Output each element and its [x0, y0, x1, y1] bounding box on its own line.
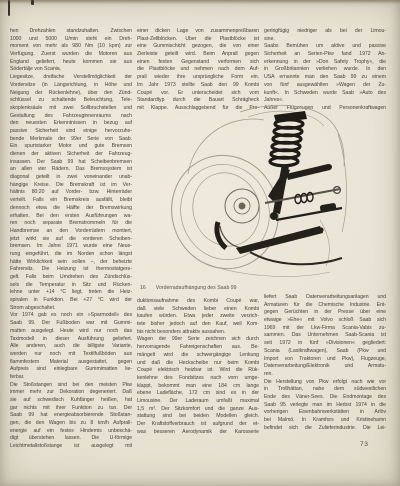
text-line: sels die Temperatur in Sitz und Rücken-: [10, 282, 132, 290]
text-line: Wagen der 99er Serie zeichnen sich durch: [137, 336, 259, 344]
text-line: erhalten. Bei den ersten Ausführungen wa…: [10, 213, 132, 221]
text-column-1: hen Drehzahlen standzuhalten. Zwischen10…: [10, 28, 132, 451]
text-line: Verfügung. Zuerst wurden die Motoren aus: [10, 51, 132, 59]
text-line: von fünf ausgewählten »Wagen der Zu-: [264, 82, 386, 90]
text-column-3-bottom: liefert Saab Datenverarbeitungsanlagen u…: [264, 294, 386, 432]
figure-caption: 16 Vorderradaufhängung des Saab 99: [140, 285, 360, 291]
text-line: etwaige »Ehe« mit Volvo schloß Saab sich: [264, 317, 386, 325]
text-line: bremsen. Im Jahre 1971 wurde eine Neue-: [10, 243, 132, 251]
text-line: ferbar.: [10, 374, 132, 382]
scan-artifact: [31, 0, 34, 5]
text-line: Saab 95 verlegte man im Herbst 1974 in d…: [264, 402, 386, 410]
text-line: Coupé vor. Er unterscheidet sich vom: [137, 90, 259, 98]
text-line: Coupé elektrisch heizbar ist. Wird die R…: [137, 367, 259, 375]
text-line: prall wieder ihre ursprüngliche Form ein…: [137, 74, 259, 82]
text-line: bis nicht besonders attraktiv aussahen.: [137, 329, 259, 337]
text-line: Strom abgeschaltet.: [10, 305, 132, 313]
text-line: duktionsaufnahme des Kombi Coupé war,: [137, 298, 259, 306]
text-line: sine.: [264, 36, 386, 44]
text-line: jetzt wirkt sie auf die vorderen Scheibe…: [10, 236, 132, 244]
text-line: Södertälje von Scania.: [10, 66, 132, 74]
text-line: Alle anderen, auch die billigste Variant…: [10, 343, 132, 351]
text-line: eine Gummischicht gezogen, die von einer: [137, 43, 259, 51]
text-line: Taximodell in dieser Ausführung geliefer…: [10, 336, 132, 344]
text-line: in Großbritannien verliehen wurde. In de…: [264, 66, 386, 74]
text-line: gen, die den Wagen bis zu 8 km/h Aufpral…: [10, 420, 132, 428]
text-line: gegen Gerüchten in der Presse über eine: [264, 309, 386, 317]
text-line: Fahrersitz. Die Heizung ist thermostatge…: [10, 266, 132, 274]
text-line: Saab 99. Der Fußboden war mit Gummi-: [10, 320, 132, 328]
text-line: Armaturen für die Chemische Industrie. E…: [264, 302, 386, 310]
text-line: kunft«. In Schweden wurde Saab »Auto des: [264, 90, 386, 98]
text-line: moment von mehr als 980 Nm (10 kpm) zur: [10, 43, 132, 51]
text-line: stattung sind bei beiden Modellen gleich…: [137, 413, 259, 421]
text-line: mängelt wird die schwergängige Lenkung: [137, 352, 259, 360]
text-line: und daß die Heckscheibe nur beim Kombi: [137, 360, 259, 368]
text-line: passive Sicherheit sind einige hervorzuh…: [10, 128, 132, 136]
text-line: skoplenksäule mit zwei Sollbruchstellen …: [10, 105, 132, 113]
text-line: tete bisher jedoch auf den Kauf, weil Ko…: [137, 321, 259, 329]
text-line: Gestaltung des Fahrzeuginnenraums nach: [10, 113, 132, 121]
text-line: lehne unter +14 °C liegt, treten die Hei…: [10, 289, 132, 297]
text-line: Vordersitze (in Längsrichtung, in Höhe u…: [10, 82, 132, 90]
text-line: Scania (Lastkraftwagen), Saab (Pkw und: [264, 348, 386, 356]
text-line: energie auf ein festes Hindernis unbesch…: [10, 428, 132, 436]
text-line: 1000 und 5000 U/min steht ein Dreh-: [10, 36, 132, 44]
text-line: USA ernannte man den Saab 99 zu einem: [264, 74, 386, 82]
text-line: matten ausgelegt. Heute wird nur noch da…: [10, 328, 132, 336]
text-line: Import von Traktoren und Pkw), Flugzeuge…: [264, 356, 386, 364]
text-line: Neigung der Rückenlehne), über den Zünd-: [10, 90, 132, 98]
text-line: Ein spurtstarker Motor und gute Bremsen: [10, 143, 132, 151]
text-line: sie auf schwedisch Kuhfänger heißen, hat: [10, 397, 132, 405]
text-line: werden nur noch mit Textilfußböden aus: [10, 351, 132, 359]
text-line: Im Jahr 1973 stellte Saab den 99 Kombi: [137, 82, 259, 90]
text-line: rung eingeführt, die im Norden schon län…: [10, 251, 132, 259]
text-line: immer mehr zur Dekoration degeneriert. D…: [10, 389, 132, 397]
text-line: ren noch separate Bremstrommeln für die: [10, 220, 132, 228]
text-line: 1969 mit der Lkw-Firma Scania-Vabis zu-: [264, 325, 386, 333]
text-line: kenlehne des Fondsitzes nach vorn umge-: [137, 375, 259, 383]
text-line: Handbremse an den Vorderrädern montiert,: [10, 228, 132, 236]
text-line: Leichtmetallstoßstange ist ausgelegt mit: [10, 443, 132, 451]
text-line: klappt, bekommt man eine 184 cm lange: [137, 383, 259, 391]
text-line: schlüssel zu schaltende Beleuchtung, Tel…: [10, 97, 132, 105]
text-line: digt überstehen lassen. Die U-förmige: [10, 435, 132, 443]
text-line: insassen. Der Saab 99 hat Scheibenbremse…: [10, 159, 132, 167]
text-line: bei Malmö. In Kramfors und Kristinehamn: [264, 417, 386, 425]
text-line: 1,5 m³. Der Sitzkomfort und die ganze Au…: [137, 406, 259, 414]
text-line: ebene Ladefläche, 172 cm sind es in der: [137, 390, 259, 398]
text-line: Sicherheit an Serien-Pkw fand 1972 An-: [264, 51, 386, 59]
figure-illustration: [170, 100, 350, 286]
text-line: einen festen Gegenstand verformen sich: [137, 59, 259, 67]
text-line: an allen vier Rädern. Das Bremssystem is…: [10, 166, 132, 174]
text-line: gar nichts mit ihrer Funktion zu tun. De…: [10, 405, 132, 413]
figure-number: 16: [140, 285, 146, 291]
text-line: Limousine. Der Laderaum umfaßt maximal: [137, 398, 259, 406]
text-line: erkennung in der »Don Safety Trophy«, di…: [264, 59, 386, 67]
text-line: dienen der aktiven Sicherheit der Fahrze…: [10, 151, 132, 159]
text-line: Aufpreis sind einlegbare Gummimatten lie…: [10, 366, 132, 374]
text-line: Die Herstellung von Pkw erfolgt nach wie…: [264, 379, 386, 387]
text-line: geringfügig niedriger als bei der Limou-: [264, 28, 386, 36]
text-line: befindet sich die Zulieferindustrie. Die…: [264, 425, 386, 433]
text-line: Liegesitze, dreifache Verstellmöglichkei…: [10, 74, 132, 82]
text-line: in Trollhättan, nahe dem südwestlichen: [264, 386, 386, 394]
text-line: hängige Kreise. Die Bremskraft ist im Ve…: [10, 182, 132, 190]
text-line: Datenverarbeitung/Elektronik und Armatu-: [264, 363, 386, 371]
figure-caption-text: Vorderradaufhängung des Saab 99: [156, 285, 237, 291]
front-suspension-drawing-icon: [170, 100, 350, 286]
text-line: Die Stoßstangen sind bei den meisten Pkw: [10, 382, 132, 390]
text-line: Saabs Bemühen um aktive und passive: [264, 43, 386, 51]
text-line: verteilt. Falls ein Bremskreis ausfällt,…: [10, 197, 132, 205]
page-number: 73: [360, 441, 369, 448]
text-line: flammfestem Material ausgestattet, gegen: [10, 359, 132, 367]
text-line: gelt. Falls beim Umdrehen des Zündschlüs…: [10, 274, 132, 282]
text-line: seit 1972 in fünf »Divisionen« geglieder…: [264, 340, 386, 348]
book-page: hen Drehzahlen standzuhalten. Zwischen10…: [0, 0, 400, 486]
text-line: ren.: [264, 371, 386, 379]
text-line: die Plastblöcke und nehmen nach dem Auf-: [137, 66, 259, 74]
text-line: spiralen in Funktion. Bei +27 °C wird de…: [10, 297, 132, 305]
text-line: einer dicken Lage von zusammenpreßbaren: [137, 28, 259, 36]
text-line: England geliefert, heute kommen sie aus: [10, 59, 132, 67]
text-line: Plast-Zellblöcken. Über die Plastblöcke …: [137, 36, 259, 44]
text-line: dennoch etwa die Hälfte der Bremswirkung: [10, 205, 132, 213]
text-line: was besseren Aerodynamik der Karosserie: [137, 429, 259, 437]
text-line: liefert Saab Datenverarbeitungsanlagen u…: [264, 294, 386, 302]
text-line: Saab 99 hat energieabsorbierende Stoßsta…: [10, 412, 132, 420]
text-line: Der Kraftstoffverbrauch ist aufgrund der…: [137, 421, 259, 429]
text-line: sammen. Das Unternehmen Saab-Scania ist: [264, 332, 386, 340]
text-line: daß viele Schweden lieber einen Kombi: [137, 306, 259, 314]
text-line: kaufen würden. Etwa jeder zweite verzich…: [137, 313, 259, 321]
text-line: Zierleiste geteilt wird. Beim Anprall ge…: [137, 51, 259, 59]
text-line: vorherigen Eisenbahnwerkstätten in Arlöv: [264, 409, 386, 417]
text-line: den neuesten Erkenntnissen in bezug auf: [10, 120, 132, 128]
text-line: hältnis 80:20 auf Vorder- bzw. Hinterräd…: [10, 189, 132, 197]
text-line: Ende des Väner-Sees. Die Endmontage des: [264, 394, 386, 402]
text-line: diagonal geteilt in zwei voneinander una…: [10, 174, 132, 182]
text-line: bende Merkmale der 99er Serie von Saab.: [10, 136, 132, 144]
scan-artifact: [8, 0, 10, 16]
text-line: hervorragende Fahreigenschaften aus. Be-: [137, 344, 259, 352]
text-line: hätte Wirklichkeit sein sollen –, der be…: [10, 259, 132, 267]
text-line: Vor 1974 gab es noch ein »Sparmodell« de…: [10, 312, 132, 320]
text-column-2-bottom: duktionsaufnahme des Kombi Coupé war,daß…: [137, 298, 259, 436]
text-line: hen Drehzahlen standzuhalten. Zwischen: [10, 28, 132, 36]
